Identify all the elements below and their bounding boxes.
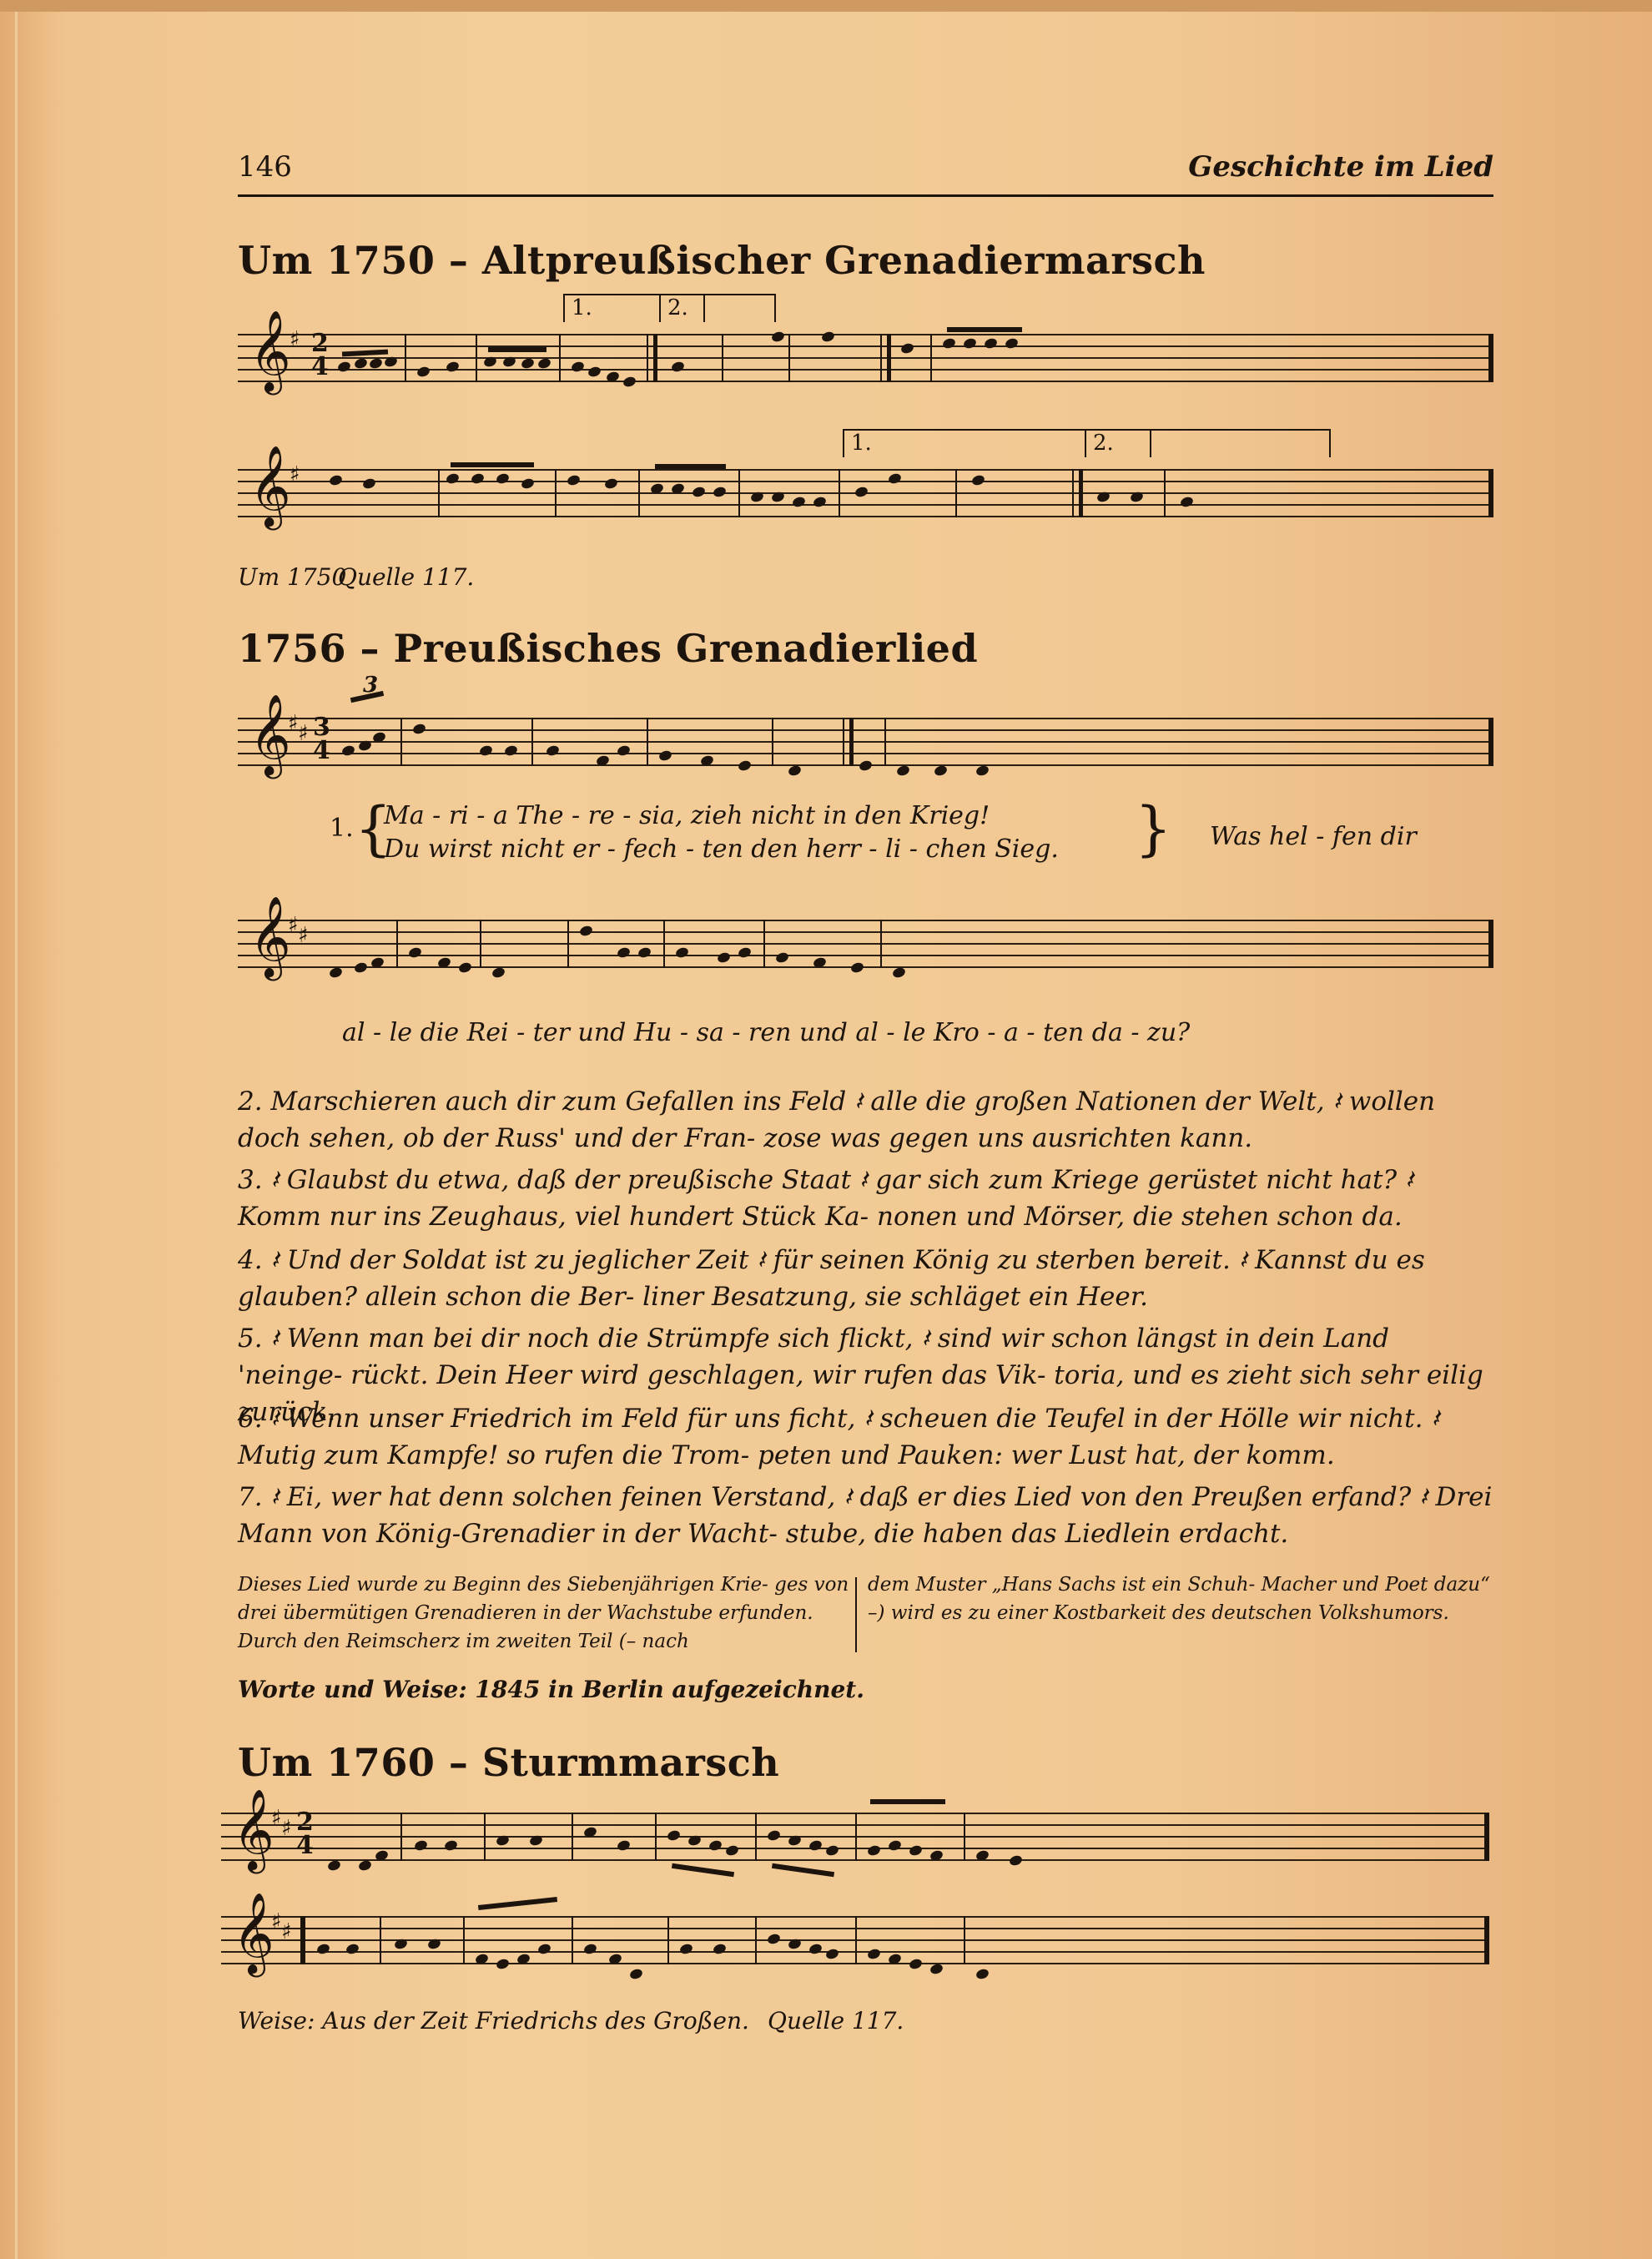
sharp-icon: ♯: [271, 1909, 282, 1934]
music-staff: 𝄞 ♯ ♯ 34 3: [238, 718, 1493, 764]
song-credit: Weise: Aus der Zeit Friedrichs des Große…: [238, 2007, 749, 2035]
time-signature: 24: [296, 1811, 314, 1858]
footnote-right: dem Muster „Hans Sachs ist ein Schuh- Ma…: [868, 1571, 1493, 1627]
music-staff: 𝄞 ♯ 1. 2.: [238, 469, 1493, 516]
brace-right: }: [1135, 799, 1172, 858]
sharp-icon: ♯: [290, 462, 300, 487]
song-title-sturmmarsch: Um 1760 – Sturmmarsch: [238, 1740, 779, 1785]
source-reference: Quelle 117.: [768, 2007, 904, 2035]
music-staff: 𝄞 ♯ 24 1. 2.: [238, 334, 1493, 381]
music-staff: 𝄞 ♯ ♯ 24: [221, 1813, 1489, 1859]
song-title-grenadiermarsch: Um 1750 – Altpreußischer Grenadiermarsch: [238, 238, 1206, 283]
verse-3: 3. 𝄽 Glaubst du etwa, daß der preußische…: [238, 1162, 1493, 1235]
time-signature: 24: [311, 332, 329, 379]
footnote-divider: [855, 1577, 857, 1652]
song-title-grenadierlied: 1756 – Preußisches Grenadierlied: [238, 626, 978, 671]
sharp-icon: ♯: [288, 711, 299, 736]
source-reference: Quelle 117.: [338, 563, 474, 591]
sharp-icon: ♯: [298, 923, 309, 948]
page-number: 146: [238, 150, 292, 184]
sharp-icon: ♯: [298, 721, 309, 746]
verse-6: 6. 𝄽 Wenn unser Friedrich im Feld für un…: [238, 1400, 1493, 1474]
music-staff: 𝄞 ♯ ♯: [238, 920, 1493, 966]
header-rule: [238, 194, 1493, 197]
lyric-line-b: Du wirst nicht er - fech - ten den herr …: [384, 835, 1059, 864]
sharp-icon: ♯: [271, 1806, 282, 1831]
sharp-icon: ♯: [281, 1816, 292, 1841]
lyric-refrain-start: Was hel - fen dir: [1210, 822, 1417, 851]
time-signature: 34: [313, 716, 330, 763]
treble-clef-icon: 𝄞: [233, 1898, 274, 1968]
source-date: Um 1750: [238, 563, 346, 591]
sharp-icon: ♯: [281, 1919, 292, 1944]
sharp-icon: ♯: [290, 327, 300, 352]
treble-clef-icon: 𝄞: [233, 1794, 274, 1864]
sharp-icon: ♯: [288, 913, 299, 938]
treble-clef-icon: 𝄞: [249, 315, 291, 386]
lyric-line-2: al - le die Rei - ter und Hu - sa - ren …: [342, 1018, 1190, 1047]
treble-clef-icon: 𝄞: [249, 451, 291, 521]
treble-clef-icon: 𝄞: [249, 901, 291, 971]
running-title: Geschichte im Lied: [1188, 150, 1493, 184]
staff-lines: [238, 920, 1493, 966]
verse-number: 1.: [330, 814, 354, 843]
volta-2: 2.: [659, 294, 776, 322]
book-page: 146 Geschichte im Lied Um 1750 – Altpreu…: [0, 0, 1652, 2259]
verse-2: 2. Marschieren auch dir zum Gefallen ins…: [238, 1083, 1493, 1157]
staff-lines: [238, 718, 1493, 764]
running-header: 146 Geschichte im Lied: [238, 150, 1493, 192]
treble-clef-icon: 𝄞: [249, 699, 291, 769]
verse-7: 7. 𝄽 Ei, wer hat denn solchen feinen Ver…: [238, 1479, 1493, 1552]
music-staff: 𝄞 ♯ ♯: [221, 1916, 1489, 1963]
footnote-left: Dieses Lied wurde zu Beginn des Siebenjä…: [238, 1571, 851, 1656]
lyric-line-a: Ma - ri - a The - re - sia, zieh nicht i…: [384, 801, 990, 830]
volta-2: 2.: [1085, 429, 1331, 457]
verse-4: 4. 𝄽 Und der Soldat ist zu jeglicher Zei…: [238, 1242, 1493, 1315]
song-credit: Worte und Weise: 1845 in Berlin aufgezei…: [238, 1676, 864, 1703]
